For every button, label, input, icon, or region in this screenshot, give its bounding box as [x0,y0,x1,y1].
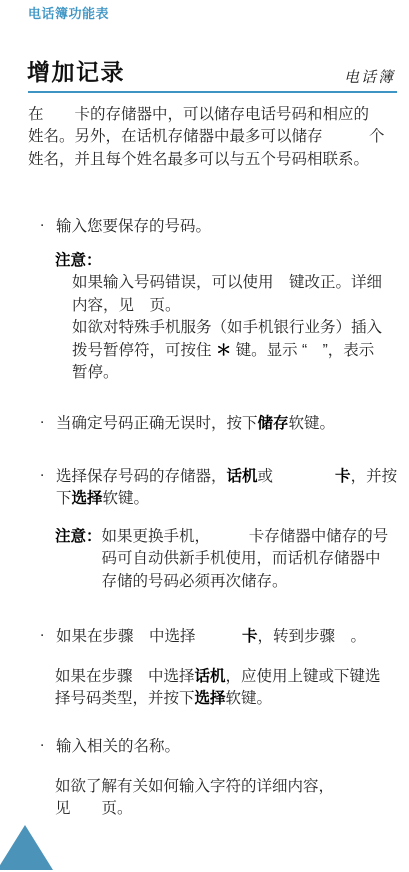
step4-paragraph: 如果在步骤 中选择话机，应使用上键或下键选 择号码类型，并按下选择软键。 [55,666,381,711]
step-text: 下选择软键。 [56,488,397,510]
note-body: 如果输入号码错误，可以使用 键改正。详细 内容，见 页。 如欲对特殊手机服务（如… [72,272,382,384]
step-text: 如果在步骤 中选择 卡，转到步骤 。 [56,626,366,648]
paragraph-line: 如果在步骤 中选择话机，应使用上键或下键选 [55,666,381,688]
step-item-2: . 当确定号码正确无误时，按下储存软键。 [40,413,335,435]
title-rule [28,91,397,93]
note-block-2: 注意： 如果更换手机， 卡存储器中储存的号 码可自动供新手机使用，而话机存储器中… [55,526,388,593]
page-title: 增加记录 [27,54,125,87]
note-label: 注意： [55,250,382,272]
intro-line: 姓名。另外，在话机存储器中最多可以储存 个 [28,126,385,148]
section-label: 电话簿 [344,66,395,87]
step-marker: . [40,733,44,751]
step-text: 选择保存号码的存储器，话机或 卡，并按 [56,466,397,488]
step-marker: . [40,410,44,428]
paragraph-line: 如欲了解有关如何输入字符的详细内容， [55,776,334,798]
note-line: 如果更换手机， 卡存储器中储存的号 [102,526,389,548]
paragraph-line: 见 页。 [55,798,334,820]
manual-page: 电话簿功能表 增加记录 电话簿 在 卡的存储器中，可以储存电话号码和相应的 姓名… [0,0,409,872]
breadcrumb: 电话簿功能表 [28,3,109,22]
intro-line: 在 卡的存储器中，可以储存电话号码和相应的 [28,104,385,126]
step-marker: . [40,623,44,641]
note-line: 内容，见 页。 [72,295,382,317]
note-line: 存储的号码必须再次储存。 [102,571,389,593]
note-line: 暂停。 [72,362,382,384]
intro-paragraph: 在 卡的存储器中，可以储存电话号码和相应的 姓名。另外，在话机存储器中最多可以储… [28,104,385,171]
paragraph-line: 择号码类型，并按下选择软键。 [55,688,381,710]
note-label: 注意： [55,526,102,548]
step-text: 输入相关的名称。 [56,736,180,758]
step-marker: . [40,463,44,481]
step-item-4: . 如果在步骤 中选择 卡，转到步骤 。 [40,626,366,648]
intro-line: 姓名，并且每个姓名最多可以与五个号码相联系。 [28,149,385,171]
corner-triangle-decoration [0,825,53,870]
note-block-1: 注意： 如果输入号码错误，可以使用 键改正。详细 内容，见 页。 如欲对特殊手机… [55,250,382,384]
note-line: 如果输入号码错误，可以使用 键改正。详细 [72,272,382,294]
step5-paragraph: 如欲了解有关如何输入字符的详细内容， 见 页。 [55,776,334,821]
step-item-1: . 输入您要保存的号码。 [40,216,211,238]
step-item-3: . 选择保存号码的存储器，话机或 卡，并按 下选择软键。 [40,466,397,511]
step-text: 当确定号码正确无误时，按下储存软键。 [56,413,335,435]
step-text: 输入您要保存的号码。 [56,216,211,238]
note-line: 拨号暂停符，可按住 ＊ 键。显示 “ ”，表示 [72,340,382,362]
note-body: 如果更换手机， 卡存储器中储存的号 码可自动供新手机使用，而话机存储器中 存储的… [102,526,389,593]
step-item-5: . 输入相关的名称。 [40,736,180,758]
step-marker: . [40,213,44,231]
note-line: 如欲对特殊手机服务（如手机银行业务）插入 [72,317,382,339]
note-line: 码可自动供新手机使用，而话机存储器中 [102,548,389,570]
